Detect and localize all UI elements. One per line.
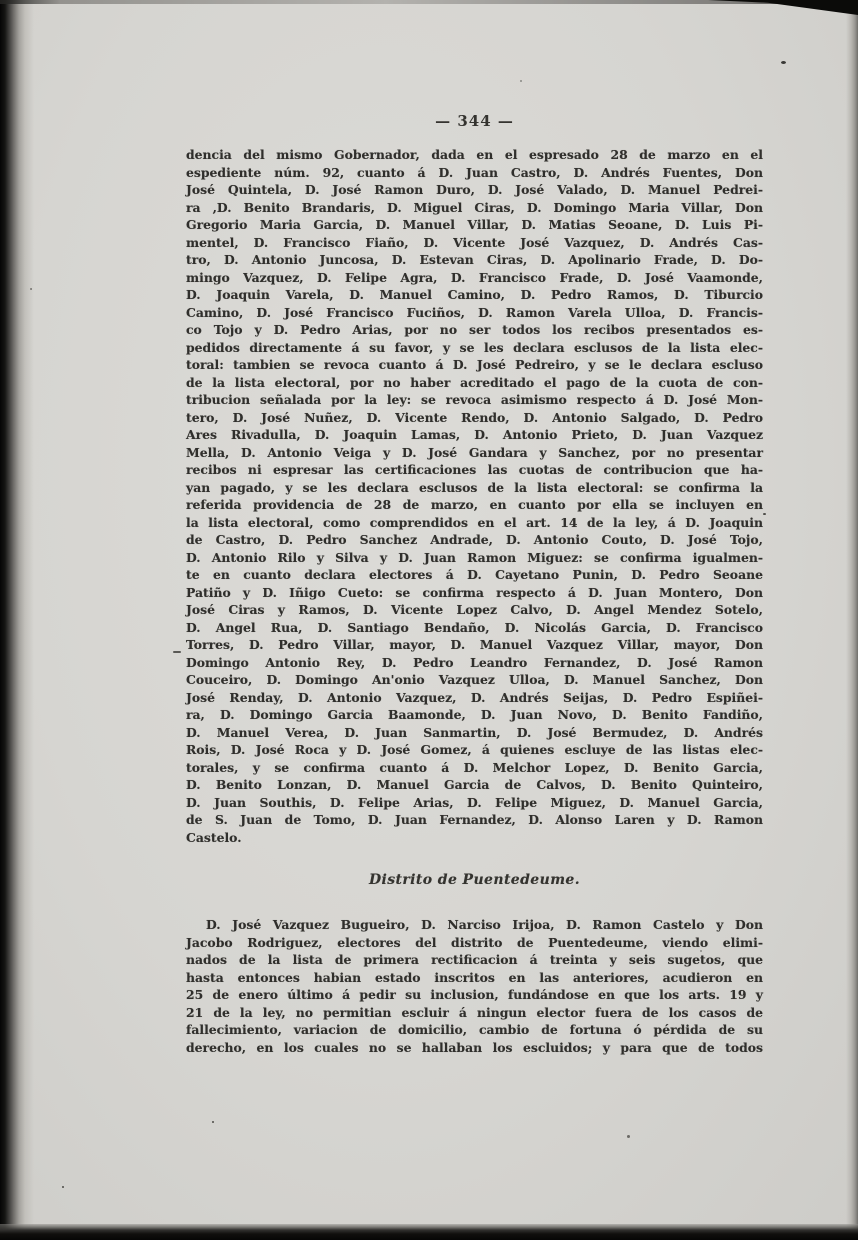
text-line: nados de la lista de primera rectificaci… <box>186 951 763 969</box>
text-line: D. Antonio Rilo y Silva y D. Juan Ramon … <box>186 549 763 567</box>
book-spine-shadow <box>0 0 34 1240</box>
text-line: referida providencia de 28 de marzo, en … <box>186 496 763 514</box>
text-line: Gregorio Maria Garcia, D. Manuel Villar,… <box>186 216 763 234</box>
text-line: ra, D. Domingo Garcia Baamonde, D. Juan … <box>186 706 763 724</box>
margin-dash-mark <box>173 651 181 653</box>
ink-speck <box>627 1135 630 1138</box>
text-line: ra ,D. Benito Brandaris, D. Miguel Ciras… <box>186 199 763 217</box>
text-line: D. Benito Lonzan, D. Manuel Garcia de Ca… <box>186 776 763 794</box>
text-line: Rois, D. José Roca y D. José Gomez, á qu… <box>186 741 763 759</box>
text-line: derecho, en los cuales no se hallaban lo… <box>186 1039 763 1057</box>
text-line: Jacobo Rodriguez, electores del distrito… <box>186 934 763 952</box>
section-heading: Distrito de Puentedeume. <box>186 872 763 888</box>
text-line: toral: tambien se revoca cuanto á D. Jos… <box>186 356 763 374</box>
text-line: D. Joaquin Varela, D. Manuel Camino, D. … <box>186 286 763 304</box>
text-line: D. Angel Rua, D. Santiago Bendaño, D. Ni… <box>186 619 763 637</box>
text-line: tro, D. Antonio Juncosa, D. Estevan Cira… <box>186 251 763 269</box>
ink-speck <box>520 80 522 82</box>
text-line: Mella, D. Antonio Veiga y D. José Gandar… <box>186 444 763 462</box>
text-line: José Quintela, D. José Ramon Duro, D. Jo… <box>186 181 763 199</box>
text-line: de la lista electoral, por no haber acre… <box>186 374 763 392</box>
text-line: pedidos directamente á su favor, y se le… <box>186 339 763 357</box>
text-line: José Ciras y Ramos, D. Vicente Lopez Cal… <box>186 601 763 619</box>
text-line: fallecimiento, variacion de domicilio, c… <box>186 1021 763 1039</box>
text-line: Ares Rivadulla, D. Joaquin Lamas, D. Ant… <box>186 426 763 444</box>
text-line: Torres, D. Pedro Villar, mayor, D. Manue… <box>186 636 763 654</box>
text-line: yan pagado, y se les declara esclusos de… <box>186 479 763 497</box>
text-line: Domingo Antonio Rey, D. Pedro Leandro Fe… <box>186 654 763 672</box>
text-line: Patiño y D. Iñigo Cueto: se confirma res… <box>186 584 763 602</box>
ink-speck <box>700 950 702 952</box>
ink-speck <box>62 1186 64 1188</box>
text-line: recibos ni espresar las certificaciones … <box>186 461 763 479</box>
text-line: José Renday, D. Antonio Vazquez, D. Andr… <box>186 689 763 707</box>
text-line: 21 de la ley, no permitian escluir á nin… <box>186 1004 763 1022</box>
text-line: Couceiro, D. Domingo An'onio Vazquez Ull… <box>186 671 763 689</box>
text-line: torales, y se confirma cuanto á D. Melch… <box>186 759 763 777</box>
text-line: tero, D. José Nuñez, D. Vicente Rendo, D… <box>186 409 763 427</box>
text-line: D. Manuel Verea, D. Juan Sanmartin, D. J… <box>186 724 763 742</box>
ink-speck <box>763 513 766 515</box>
text-line: tribucion señalada por la ley: se revoca… <box>186 391 763 409</box>
text-line: de S. Juan de Tomo, D. Juan Fernandez, D… <box>186 811 763 829</box>
text-line: mingo Vazquez, D. Felipe Agra, D. Franci… <box>186 269 763 287</box>
text-line: co Tojo y D. Pedro Arias, por no ser tod… <box>186 321 763 339</box>
text-line: mentel, D. Francisco Fiaño, D. Vicente J… <box>186 234 763 252</box>
text-line: espediente núm. 92, cuanto á D. Juan Cas… <box>186 164 763 182</box>
text-line: te en cuanto declara electores á D. Caye… <box>186 566 763 584</box>
text-line: de Castro, D. Pedro Sanchez Andrade, D. … <box>186 531 763 549</box>
text-line: 25 de enero último á pedir su inclusion,… <box>186 986 763 1004</box>
page-edge-right <box>846 0 858 1240</box>
text-line: Camino, D. José Francisco Fuciños, D. Ra… <box>186 304 763 322</box>
page-number: — 344 — <box>186 112 763 130</box>
text-line: dencia del mismo Gobernador, dada en el … <box>186 146 763 164</box>
body-paragraph-2: D. José Vazquez Bugueiro, D. Narciso Iri… <box>186 916 763 1056</box>
page-edge-bottom <box>0 1224 858 1240</box>
ink-speck <box>781 61 786 64</box>
body-paragraph-1: dencia del mismo Gobernador, dada en el … <box>186 146 763 846</box>
text-line: hasta entonces habian estado inscritos e… <box>186 969 763 987</box>
text-line: D. Juan Southis, D. Felipe Arias, D. Fel… <box>186 794 763 812</box>
ink-speck <box>212 1121 214 1123</box>
text-line: la lista electoral, como comprendidos en… <box>186 514 763 532</box>
text-line: D. José Vazquez Bugueiro, D. Narciso Iri… <box>186 916 763 934</box>
text-line: Castelo. <box>186 829 763 847</box>
